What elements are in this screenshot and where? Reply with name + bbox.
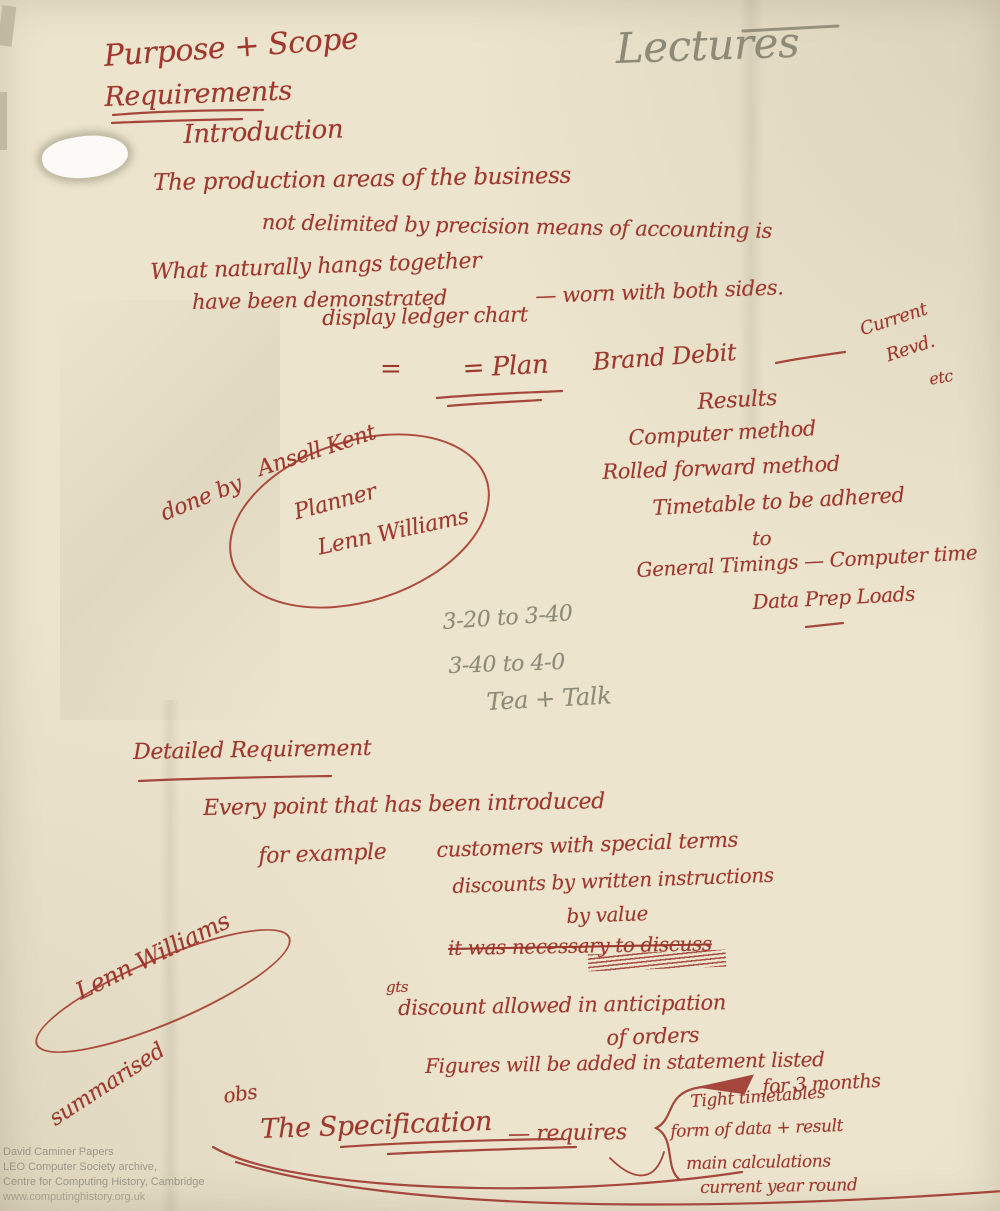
heading-purpose-scope: Purpose + Scope [103,24,359,72]
handwriting-line: Computer method [628,418,816,449]
circled-note-done-by: done by [158,473,245,525]
handwriting-line: Tight timetables [690,1085,826,1111]
handwriting-line: customers with special terms [436,829,738,861]
handwriting-line: to [752,528,771,548]
handwriting-line: summarised [46,1040,169,1130]
handwriting-line: display ledger chart [322,304,528,329]
watermark: David Caminer Papers LEO Computer Societ… [3,1145,205,1205]
handwriting-line: Data Prep Loads [752,583,915,611]
heading-specification: The Specification [260,1108,492,1143]
handwriting-line: Results [697,388,777,414]
struck-through-line: it was necessary to discuss [448,933,712,958]
handwriting-line: etc [928,368,954,388]
circled-name: Ansell Kent [255,422,379,481]
handwriting-line: 3-20 to 3-40 [442,603,573,634]
handwriting-line: Brand Debit [592,340,737,374]
handwriting-line: = Plan [462,352,549,382]
heading-detailed-requirement: Detailed Requirement [133,738,371,764]
handwriting-line: discounts by written instructions [452,865,774,896]
handwriting-line: by value [566,903,648,926]
handwriting-line: Figures will be added in statement liste… [425,1049,825,1076]
handwriting-line: gts [386,980,408,995]
handwriting-line: The production areas of the business [153,165,571,195]
heading-requirements: Requirements [104,77,292,111]
handwriting-line: 3-40 to 4-0 [448,652,565,678]
handwriting-line: General Timings — Computer time [636,542,978,580]
handwriting-line: Tea + Talk [486,683,612,713]
handwriting-line: current year round [700,1177,858,1197]
watermark-line: David Caminer Papers [3,1145,205,1160]
handwriting-line: Introduction [183,116,344,148]
handwriting-layer: LecturesPurpose + ScopeRequirementsIntro… [0,0,1000,1211]
handwriting-line: What naturally hangs together [150,250,482,284]
circled-name: Planner [292,481,379,524]
handwriting-line: obs [222,1081,258,1106]
handwriting-line: — requires [508,1122,627,1146]
circled-name: Lenn Williams [72,908,233,1003]
handwriting-line: Every point that has been introduced [203,791,605,820]
watermark-line: Centre for Computing History, Cambridge [3,1175,205,1190]
handwriting-line: for example [258,842,387,868]
manuscript-page: LecturesPurpose + ScopeRequirementsIntro… [0,0,1000,1211]
handwriting-line: Revd. [884,333,937,365]
handwriting-line: not delimited by precision means of acco… [262,212,773,242]
handwriting-line: form of data + result [670,1118,843,1141]
handwriting-line: = [380,356,401,382]
handwriting-line: Timetable to be adhered [652,485,905,519]
handwriting-line: main calculations [686,1153,831,1173]
watermark-line: LEO Computer Society archive, [3,1160,205,1175]
handwriting-line: discount allowed in anticipation [398,992,726,1019]
watermark-line: www.computinghistory.org.uk [3,1190,205,1205]
handwriting-line: of orders [606,1025,700,1049]
handwriting-line: — worn with both sides. [535,277,784,307]
page-title-pencil: Lectures [615,22,800,70]
handwriting-line: Rolled forward method [602,454,840,483]
